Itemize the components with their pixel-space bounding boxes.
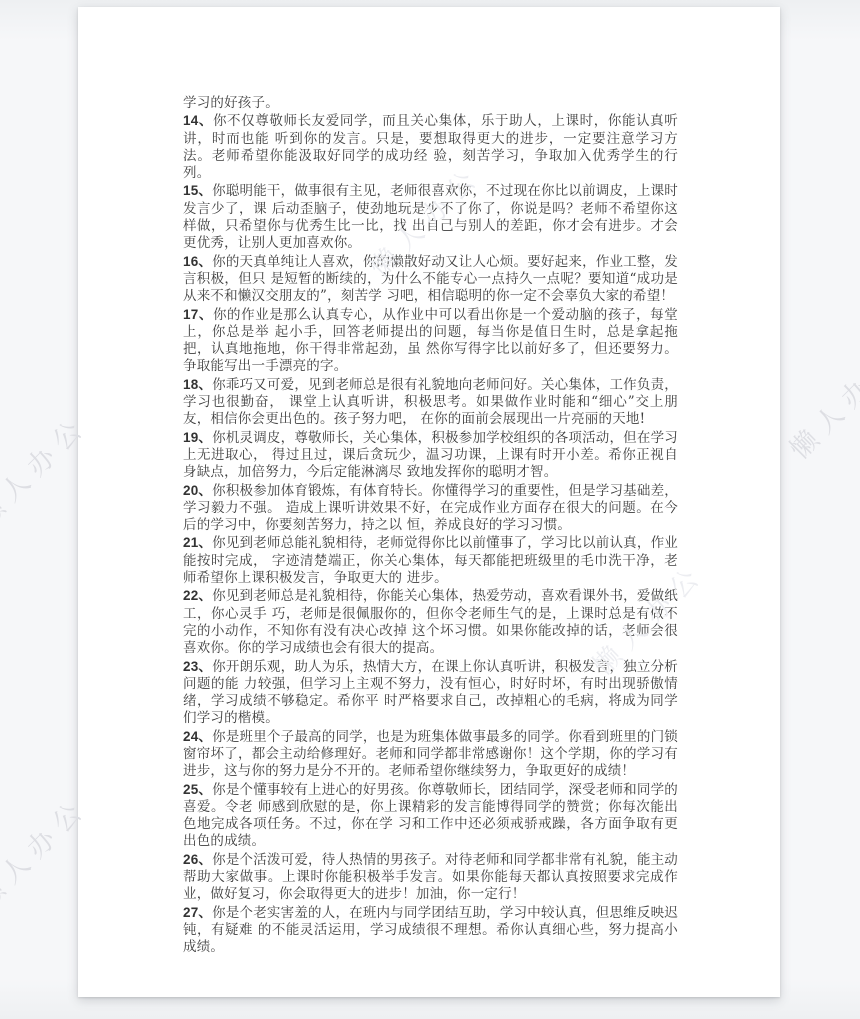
comment-number: 18、 (183, 377, 212, 392)
document-viewer-canvas: 懒人办公 懒人办公 懒人办公 懒人办公 懒人办公 学习的好孩子。 14、你不仅尊… (0, 0, 860, 1019)
comment-number: 23、 (183, 659, 212, 674)
comment-number: 21、 (183, 535, 212, 550)
comment-paragraph: 15、你聪明能干，做事很有主见，老师很喜欢你，不过现在你比以前调皮，上课时发言少… (183, 182, 678, 252)
comment-paragraph: 26、你是个活泼可爱，待人热情的男孩子。对待老师和同学都非常有礼貌，能主动帮助大… (183, 851, 678, 904)
comment-paragraph: 27、你是个老实害羞的人，在班内与同学团结互助，学习中较认真，但思维反映迟钝，有… (183, 904, 678, 957)
comment-number: 14、 (183, 113, 213, 128)
comment-text: 你是个活泼可爱，待人热情的男孩子。对待老师和同学都非常有礼貌，能主动帮助大家做事… (183, 852, 678, 903)
comment-text: 你是个老实害羞的人，在班内与同学团结互助，学习中较认真，但思维反映迟钝，有疑难 … (183, 905, 678, 956)
comment-number: 27、 (183, 905, 212, 920)
comment-text: 你乖巧又可爱，见到老师总是很有礼貌地向老师问好。关心集体，工作负责，学习也很勤奋… (183, 377, 678, 428)
comment-number: 26、 (183, 852, 212, 867)
comment-text: 你是班里个子最高的同学，也是为班集体做事最多的同学。你看到班里的门锁窗帘坏了，都… (183, 729, 678, 780)
comment-text: 你开朗乐观，助人为乐，热情大方，在课上你认真听讲，积极发言，独立分析问题的能 力… (183, 659, 678, 727)
comment-number: 17、 (183, 307, 213, 322)
comment-number: 22、 (183, 588, 212, 603)
comment-paragraph: 25、你是个懂事较有上进心的好男孩。你尊敬师长，团结同学，深受老师和同学的喜爱。… (183, 781, 678, 851)
comment-text: 你见到老师总能礼貌相待，老师觉得你比以前懂事了，学习比以前认真，作业能按时完成，… (183, 535, 678, 586)
comment-number: 15、 (183, 183, 212, 198)
comment-text: 你不仅尊敬师长友爱同学，而且关心集体，乐于助人，上课时，你能认真听讲，时而也能 … (183, 113, 678, 181)
comment-text: 你聪明能干，做事很有主见，老师很喜欢你，不过现在你比以前调皮，上课时发言少了，课… (183, 183, 678, 251)
comment-paragraph: 14、你不仅尊敬师长友爱同学，而且关心集体，乐于助人，上课时，你能认真听讲，时而… (183, 112, 678, 182)
comment-paragraph: 16、你的天真单纯让人喜欢，你的懒散好动又让人心烦。要好起来，作业工整，发言积极… (183, 253, 678, 306)
watermark-text: 懒人办公 (779, 337, 860, 466)
comment-text: 你机灵调皮，尊敬师长，关心集体，积极参加学校组织的各项活动，但在学习上无进取心，… (183, 430, 678, 481)
comment-text: 你见到老师总是礼貌相待，你能关心集体，热爱劳动，喜欢看课外书，爱做纸工，你心灵手… (183, 588, 678, 656)
intro-line: 学习的好孩子。 (183, 95, 678, 112)
comment-paragraph: 19、你机灵调皮，尊敬师长，关心集体，积极参加学校组织的各项活动，但在学习上无进… (183, 429, 678, 482)
document-body: 学习的好孩子。 14、你不仅尊敬师长友爱同学，而且关心集体，乐于助人，上课时，你… (183, 95, 678, 957)
comment-paragraph: 22、你见到老师总是礼貌相待，你能关心集体，热爱劳动，喜欢看课外书，爱做纸工，你… (183, 587, 678, 657)
document-sheet: 学习的好孩子。 14、你不仅尊敬师长友爱同学，而且关心集体，乐于助人，上课时，你… (78, 7, 780, 997)
comment-text: 你是个懂事较有上进心的好男孩。你尊敬师长，团结同学，深受老师和同学的喜爱。令老 … (183, 782, 678, 850)
comment-text: 你积极参加体育锻炼，有体育特长。你懂得学习的重要性，但是学习基础差，学习毅力不强… (183, 483, 678, 534)
comment-paragraph: 20、你积极参加体育锻炼，有体育特长。你懂得学习的重要性，但是学习基础差，学习毅… (183, 482, 678, 535)
comment-text: 你的作业是那么认真专心，从作业中可以看出你是一个爱动脑的孩子，每堂上，你总是举 … (183, 307, 678, 375)
comment-number: 25、 (183, 782, 212, 797)
comment-paragraph: 24、你是班里个子最高的同学，也是为班集体做事最多的同学。你看到班里的门锁窗帘坏… (183, 728, 678, 781)
comment-paragraph: 23、你开朗乐观，助人为乐，热情大方，在课上你认真听讲，积极发言，独立分析问题的… (183, 658, 678, 728)
intro-line-text: 学习的好孩子。 (183, 95, 279, 111)
comment-text: 你的天真单纯让人喜欢，你的懒散好动又让人心烦。要好起来，作业工整，发言积极，但只… (183, 254, 678, 305)
comment-number: 16、 (183, 254, 212, 269)
comment-paragraph: 17、你的作业是那么认真专心，从作业中可以看出你是一个爱动脑的孩子，每堂上，你总… (183, 306, 678, 376)
comment-paragraph: 21、你见到老师总能礼貌相待，老师觉得你比以前懂事了，学习比以前认真，作业能按时… (183, 534, 678, 587)
comment-number: 20、 (183, 483, 212, 498)
comment-number: 24、 (183, 729, 212, 744)
comment-number: 19、 (183, 430, 212, 445)
comment-paragraph: 18、你乖巧又可爱，见到老师总是很有礼貌地向老师问好。关心集体，工作负责，学习也… (183, 376, 678, 429)
